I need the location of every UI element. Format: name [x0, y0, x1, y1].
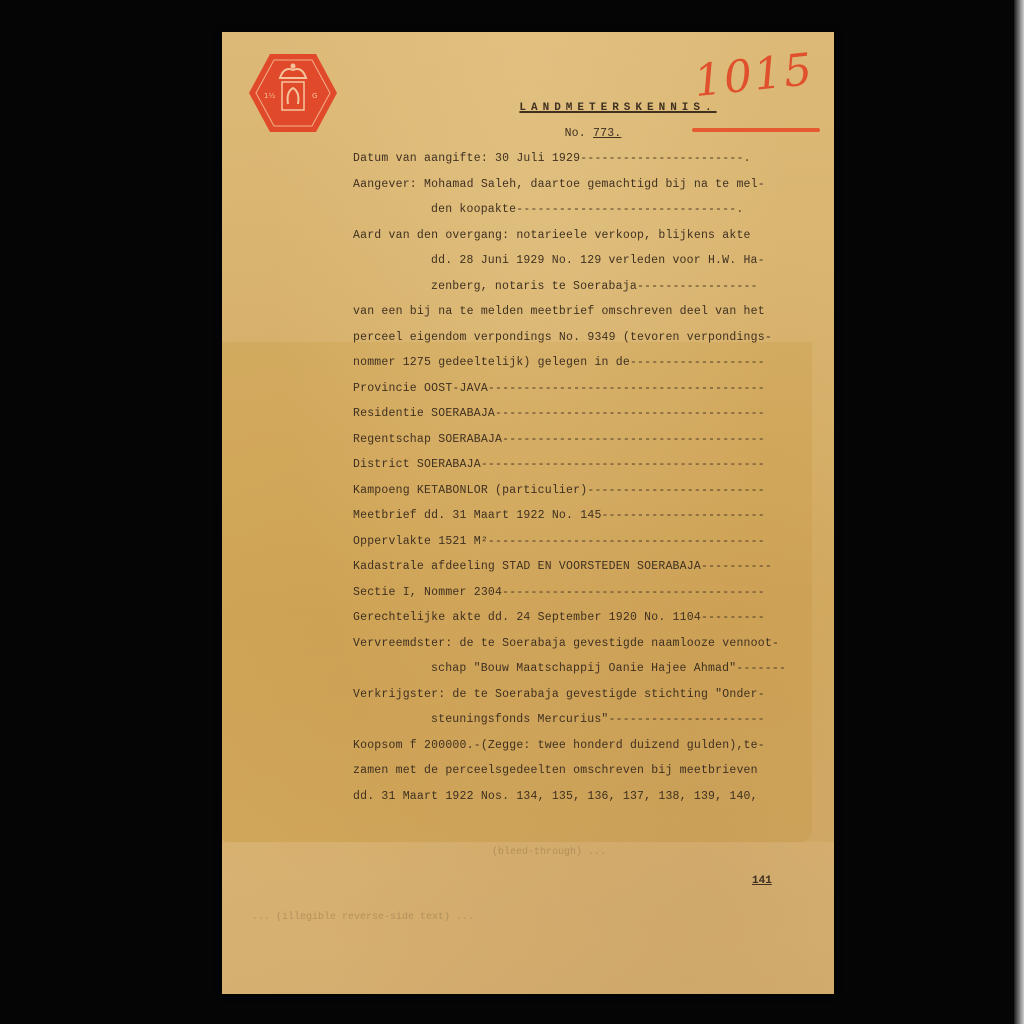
line-text: dd. 28 Juni 1929 No. 129 verleden voor H… [431, 254, 765, 267]
line-text: Provincie OOST-JAVA [353, 382, 488, 395]
document-line: Meetbrief dd. 31 Maart 1922 No. 145-----… [353, 503, 823, 529]
document-line: van een bij na te melden meetbrief omsch… [353, 299, 823, 325]
line-text: Regentschap SOERABAJA [353, 433, 502, 446]
line-text: steuningsfonds Mercurius" [431, 713, 609, 726]
line-text: zamen met de perceelsgedeelten omschreve… [353, 764, 758, 777]
document-title: LANDMETERSKENNIS. [353, 96, 823, 121]
document-line: Gerechtelijke akte dd. 24 September 1920… [353, 605, 823, 631]
line-fill-dashes: ------------------------- [587, 484, 765, 497]
line-text: District SOERABAJA [353, 458, 481, 471]
line-text: Gerechtelijke akte dd. 24 September 1920… [353, 611, 701, 624]
document-line: Aangever: Mohamad Saleh, daartoe gemacht… [353, 172, 823, 198]
line-fill-dashes: ---------------------------------------- [481, 458, 765, 471]
document-number: No. 773. [353, 121, 823, 146]
line-text: Vervreemdster: de te Soerabaja gevestigd… [353, 637, 779, 650]
document-line: schap "Bouw Maatschappij Oanie Hajee Ahm… [353, 656, 823, 682]
line-fill-dashes: ---------- [701, 560, 772, 573]
line-fill-dashes: ----------------------- [602, 509, 765, 522]
document-line: Oppervlakte 1521 M²---------------------… [353, 529, 823, 555]
document-line: Provincie OOST-JAVA---------------------… [353, 376, 823, 402]
line-text: Datum van aangifte: 30 Juli 1929 [353, 152, 580, 165]
line-text: Kadastrale afdeeling STAD EN VOORSTEDEN … [353, 560, 701, 573]
document-line: steuningsfonds Mercurius"---------------… [353, 707, 823, 733]
document-line: Verkrijgster: de te Soerabaja gevestigde… [353, 682, 823, 708]
line-fill-dashes: ---------------------- [609, 713, 765, 726]
line-text: nommer 1275 gedeeltelijk) gelegen in de [353, 356, 630, 369]
line-text: Meetbrief dd. 31 Maart 1922 No. 145 [353, 509, 602, 522]
document-line: zamen met de perceelsgedeelten omschreve… [353, 758, 823, 784]
svg-text:G: G [312, 92, 317, 100]
document-line: Kampoeng KETABONLOR (particulier)-------… [353, 478, 823, 504]
document-line: zenberg, notaris te Soerabaja-----------… [353, 274, 823, 300]
line-fill-dashes: -------------------------------------- [495, 407, 765, 420]
document-lines: Datum van aangifte: 30 Juli 1929--------… [353, 146, 823, 809]
line-fill-dashes: ------------------------------------- [502, 586, 765, 599]
line-text: Oppervlakte 1521 M² [353, 535, 488, 548]
document-line: Vervreemdster: de te Soerabaja gevestigd… [353, 631, 823, 657]
document-line: nommer 1275 gedeeltelijk) gelegen in de-… [353, 350, 823, 376]
line-fill-dashes: ----------------- [637, 280, 758, 293]
document-line: Datum van aangifte: 30 Juli 1929--------… [353, 146, 823, 172]
line-text: Verkrijgster: de te Soerabaja gevestigde… [353, 688, 765, 701]
document-page: 1½ G 1015 LANDMETERSKENNIS. No. 773. Dat… [222, 32, 834, 994]
line-text: Aard van den overgang: notarieele verkoo… [353, 229, 751, 242]
line-text: Kampoeng KETABONLOR (particulier) [353, 484, 587, 497]
line-fill-dashes: ------------------------------------- [502, 433, 765, 446]
line-text: schap "Bouw Maatschappij Oanie Hajee Ahm… [431, 662, 736, 675]
document-line: Regentschap SOERABAJA-------------------… [353, 427, 823, 453]
line-fill-dashes: -------------------------------. [516, 203, 743, 216]
line-text: den koopakte [431, 203, 516, 216]
line-text: Residentie SOERABAJA [353, 407, 495, 420]
document-line: den koopakte----------------------------… [353, 197, 823, 223]
document-line: perceel eigendom verpondings No. 9349 (t… [353, 325, 823, 351]
line-fill-dashes: ------- [736, 662, 786, 675]
document-line: Koopsom f 200000.-(Zegge: twee honderd d… [353, 733, 823, 759]
document-line: Aard van den overgang: notarieele verkoo… [353, 223, 823, 249]
number-label: No. [565, 127, 586, 140]
line-text: dd. 31 Maart 1922 Nos. 134, 135, 136, 13… [353, 790, 758, 803]
faint-bleed-text: ... (illegible reverse-side text) ... [252, 912, 474, 923]
document-line: dd. 28 Juni 1929 No. 129 verleden voor H… [353, 248, 823, 274]
faint-bleed-text: (bleed-through) ... [492, 847, 606, 858]
line-text: zenberg, notaris te Soerabaja [431, 280, 637, 293]
line-text: Koopsom f 200000.-(Zegge: twee honderd d… [353, 739, 765, 752]
seal-icon: 1½ G [248, 52, 338, 134]
line-text: van een bij na te melden meetbrief omsch… [353, 305, 765, 318]
line-fill-dashes: --------------------------------------- [488, 535, 765, 548]
line-fill-dashes: ------------------- [630, 356, 765, 369]
line-fill-dashes: --------- [701, 611, 765, 624]
line-text: Sectie I, Nommer 2304 [353, 586, 502, 599]
document-line: Residentie SOERABAJA--------------------… [353, 401, 823, 427]
line-text: perceel eigendom verpondings No. 9349 (t… [353, 331, 772, 344]
document-line: dd. 31 Maart 1922 Nos. 134, 135, 136, 13… [353, 784, 823, 810]
line-text: Aangever: Mohamad Saleh, daartoe gemacht… [353, 178, 765, 191]
document-line: Kadastrale afdeeling STAD EN VOORSTEDEN … [353, 554, 823, 580]
line-fill-dashes: --------------------------------------- [488, 382, 765, 395]
document-body: LANDMETERSKENNIS. No. 773. Datum van aan… [353, 96, 823, 809]
document-line: District SOERABAJA----------------------… [353, 452, 823, 478]
svg-text:1½: 1½ [264, 92, 275, 100]
document-line: Sectie I, Nommer 2304-------------------… [353, 580, 823, 606]
scanner-edge [1014, 0, 1024, 1024]
page-number: 141 [752, 875, 772, 887]
number-value: 773. [593, 127, 621, 140]
line-fill-dashes: -----------------------. [580, 152, 750, 165]
